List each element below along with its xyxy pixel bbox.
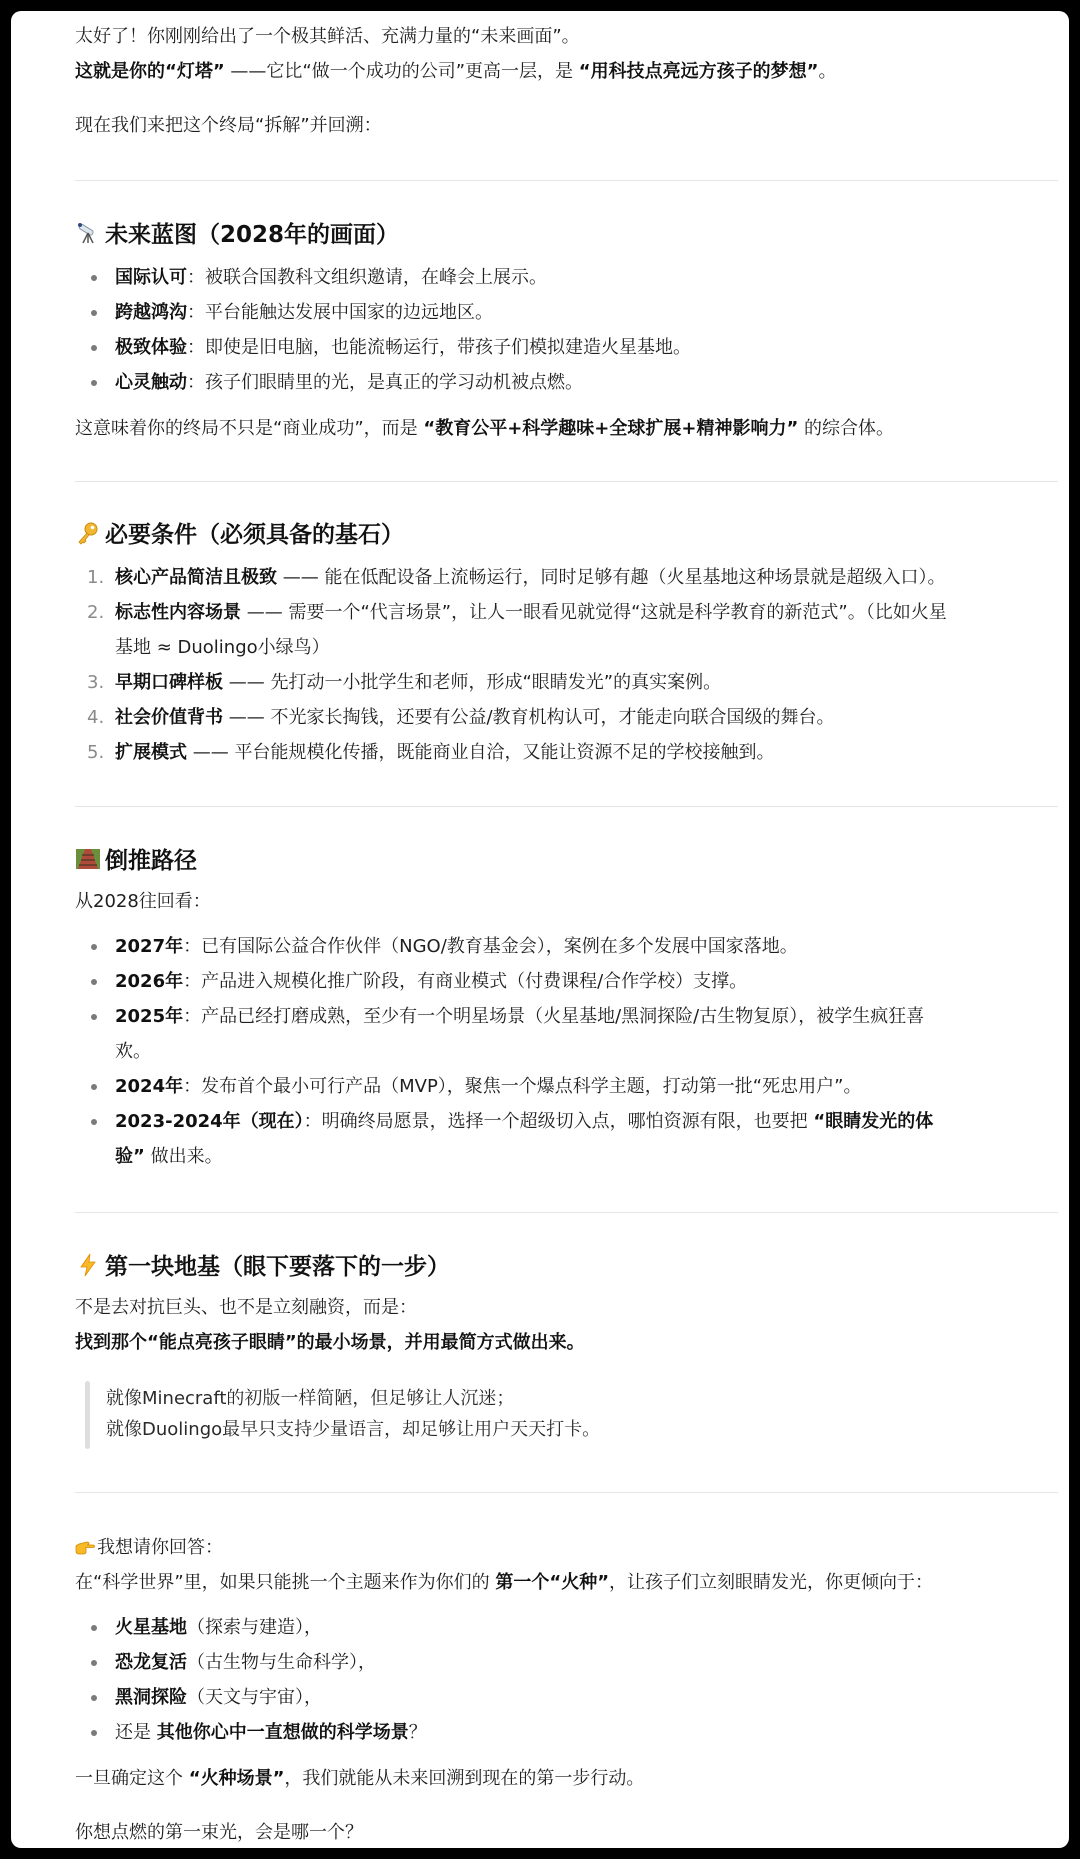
chat-message-card: 太好了！你刚刚给出了一个极其鲜活、充满力量的“未来画面”。 这就是你的“灯塔” …: [11, 11, 1069, 1848]
quote-bar: [85, 1381, 90, 1449]
summary-bold: “教育公平+科学趣味+全球扩展+精神影响力”: [423, 418, 798, 439]
numbered-item: 3. 早期口碑样板 —— 先打动一小批学生和老师，形成“眼睛发光”的真实案例。: [75, 665, 1059, 700]
item-label: 2027年: [115, 936, 183, 957]
pointing-hand-icon: [75, 1534, 97, 1562]
final-question: 你想点燃的第一束光，会是哪一个？: [75, 1819, 363, 1847]
item-text: —— 先打动一小批学生和老师，形成“眼睛发光”的真实案例。: [223, 672, 721, 693]
closing-text-b: ，我们就能从未来回溯到现在的第一步行动。: [284, 1768, 644, 1789]
item-text-continued: 做出来。: [145, 1146, 223, 1167]
bullet: [91, 979, 97, 985]
numbered-item: 1. 核心产品简洁且极致 —— 能在低配设备上流畅运行，同时足够有趣（火星基地这…: [75, 560, 1059, 595]
item-number: 1.: [87, 560, 107, 595]
path-lead: 从2028往回看：: [75, 888, 211, 916]
numbered-item: 2. 标志性内容场景 —— 需要一个“代言场景”，让人一眼看见就觉得“这就是科学…: [75, 595, 1059, 665]
item-bold-continued: 验”: [115, 1146, 145, 1167]
section-title: 未来蓝图（2028年的画面）: [105, 222, 399, 248]
closing-line: 一旦确定这个 “火种场景”，我们就能从未来回溯到现在的第一步行动。: [75, 1765, 644, 1793]
item-text: ：发布首个最小可行产品（MVP），聚焦一个爆点科学主题，打动第一批“死忠用户”。: [183, 1076, 861, 1097]
option-label: 火星基地: [115, 1617, 187, 1638]
item-label: 2026年: [115, 971, 183, 992]
item-text-continued: 基地 ≈ Duolingo小绿鸟）: [115, 630, 1059, 665]
bullet: [91, 1660, 97, 1666]
option-item: 黑洞探险（天文与宇宙），: [75, 1680, 1059, 1715]
quote-line: 就像Duolingo最早只支持少量语言，却足够让用户天天打卡。: [106, 1416, 600, 1444]
bold-statement: 找到那个“能点亮孩子眼睛”的最小场景，并用最简方式做出来。: [75, 1332, 585, 1353]
item-label: 2023-2024年（现在）: [115, 1111, 304, 1132]
divider: [75, 180, 1058, 181]
question-prompt: 我想请你回答：: [75, 1534, 223, 1562]
divider: [75, 481, 1058, 482]
item-label: 极致体验: [115, 337, 187, 358]
item-text: ：产品进入规模化推广阶段，有商业模式（付费课程/合作学校）支撑。: [183, 971, 747, 992]
item-text: ：已有国际公益合作伙伴（NGO/教育基金会），案例在多个发展中国家落地。: [183, 936, 798, 957]
item-text-continued: 欢。: [115, 1034, 1059, 1069]
question-text-b: ，让孩子们立刻眼睛发光，你更倾向于：: [609, 1572, 933, 1593]
item-text: ：产品已经打磨成熟，至少有一个明星场景（火星基地/黑洞探险/古生物复原），被学生…: [183, 1006, 924, 1027]
option-prefix: 还是: [115, 1722, 157, 1743]
section-title: 倒推路径: [105, 848, 197, 874]
first-step-bold-line: 找到那个“能点亮孩子眼睛”的最小场景，并用最简方式做出来。: [75, 1329, 585, 1357]
option-text: （古生物与生命科学），: [187, 1652, 376, 1673]
option-text: ？: [409, 1722, 427, 1743]
section-heading-first-step: 第一块地基（眼下要落下的一步）: [75, 1251, 450, 1283]
bullet: [91, 1695, 97, 1701]
item-label: 跨越鸿沟: [115, 302, 187, 323]
intro-text-3: 现在我们来把这个终局“拆解”并回溯：: [75, 115, 382, 136]
quote-line: 就像Minecraft的初版一样简陋，但足够让人沉迷；: [106, 1385, 514, 1413]
bullet: [91, 1730, 97, 1736]
option-item: 恐龙复活（古生物与生命科学），: [75, 1645, 1059, 1680]
final-text: 你想点燃的第一束光，会是哪一个？: [75, 1822, 363, 1843]
intro-text-2: ——它比“做一个成功的公司”更高一层，是: [225, 61, 579, 82]
item-bold: “眼睛发光的体: [813, 1111, 933, 1132]
option-item: 还是 其他你心中一直想做的科学场景？: [75, 1715, 1059, 1750]
item-label: 核心产品简洁且极致: [115, 567, 277, 588]
list-item: 2027年：已有国际公益合作伙伴（NGO/教育基金会），案例在多个发展中国家落地…: [75, 929, 1059, 964]
item-label: 标志性内容场景: [115, 602, 241, 623]
closing-bold: “火种场景”: [189, 1768, 285, 1789]
item-text: ：明确终局愿景，选择一个超级切入点，哪怕资源有限，也要把: [304, 1111, 814, 1132]
railway-track-icon: [75, 845, 101, 877]
item-label: 社会价值背书: [115, 707, 223, 728]
divider: [75, 1492, 1058, 1493]
lightning-icon: [75, 1251, 101, 1283]
list-item: 国际认可：被联合国教科文组织邀请，在峰会上展示。: [75, 260, 1059, 295]
question-text-a: 在“科学世界”里，如果只能挑一个主题来作为你们的: [75, 1572, 495, 1593]
item-text: ：孩子们眼睛里的光，是真正的学习动机被点燃。: [187, 372, 583, 393]
option-item: 火星基地（探索与建造），: [75, 1610, 1059, 1645]
section-heading-conditions: 必要条件（必须具备的基石）: [75, 519, 404, 551]
list-item: 极致体验：即使是旧电脑，也能流畅运行，带孩子们模拟建造火星基地。: [75, 330, 1059, 365]
item-label: 2024年: [115, 1076, 183, 1097]
bullet: [91, 1084, 97, 1090]
intro-period: 。: [818, 61, 836, 82]
bullet: [91, 944, 97, 950]
bullet: [91, 310, 97, 316]
intro-line-2: 这就是你的“灯塔” ——它比“做一个成功的公司”更高一层，是 “用科技点亮远方孩…: [75, 58, 836, 86]
list-item: 跨越鸿沟：平台能触达发展中国家的边远地区。: [75, 295, 1059, 330]
telescope-icon: [75, 219, 101, 251]
numbered-item: 4. 社会价值背书 —— 不光家长掏钱，还要有公益/教育机构认可，才能走向联合国…: [75, 700, 1059, 735]
item-label: 心灵触动: [115, 372, 187, 393]
bullet: [91, 380, 97, 386]
lighthouse-bold: 这就是你的“灯塔”: [75, 61, 225, 82]
list-item: 2026年：产品进入规模化推广阶段，有商业模式（付费课程/合作学校）支撑。: [75, 964, 1059, 999]
option-text: （探索与建造），: [187, 1617, 322, 1638]
question-bold: 第一个“火种”: [495, 1572, 609, 1593]
item-number: 3.: [87, 665, 107, 700]
item-text: ：平台能触达发展中国家的边远地区。: [187, 302, 493, 323]
key-icon: [75, 519, 101, 551]
item-label: 国际认可: [115, 267, 187, 288]
lead-text: 从2028往回看：: [75, 891, 211, 912]
section-heading-future: 未来蓝图（2028年的画面）: [75, 219, 399, 251]
intro-line-1: 太好了！你刚刚给出了一个极其鲜活、充满力量的“未来画面”。: [75, 23, 580, 51]
list-item: 2024年：发布首个最小可行产品（MVP），聚焦一个爆点科学主题，打动第一批“死…: [75, 1069, 1059, 1104]
numbered-item: 5. 扩展模式 —— 平台能规模化传播，既能商业自洽，又能让资源不足的学校接触到…: [75, 735, 1059, 770]
item-text: —— 平台能规模化传播，既能商业自洽，又能让资源不足的学校接触到。: [187, 742, 774, 763]
option-label: 恐龙复活: [115, 1652, 187, 1673]
closing-text-a: 一旦确定这个: [75, 1768, 189, 1789]
item-label: 2025年: [115, 1006, 183, 1027]
bullet: [91, 1014, 97, 1020]
item-text: ：被联合国教科文组织邀请，在峰会上展示。: [187, 267, 547, 288]
bullet: [91, 1119, 97, 1125]
item-text: ：即使是旧电脑，也能流畅运行，带孩子们模拟建造火星基地。: [187, 337, 691, 358]
bullet: [91, 1625, 97, 1631]
summary-text: 这意味着你的终局不只是“商业成功”，而是: [75, 418, 423, 439]
item-text: —— 能在低配设备上流畅运行，同时足够有趣（火星基地这种场景就是超级入口）。: [277, 567, 945, 588]
option-label: 其他你心中一直想做的科学场景: [157, 1722, 409, 1743]
section-title: 必要条件（必须具备的基石）: [105, 522, 404, 548]
intro-line-3: 现在我们来把这个终局“拆解”并回溯：: [75, 112, 382, 140]
list-item: 2023-2024年（现在）：明确终局愿景，选择一个超级切入点，哪怕资源有限，也…: [75, 1104, 1059, 1174]
item-number: 5.: [87, 735, 107, 770]
bullet: [91, 345, 97, 351]
divider: [75, 1212, 1058, 1213]
item-label: 扩展模式: [115, 742, 187, 763]
item-text: —— 不光家长掏钱，还要有公益/教育机构认可，才能走向联合国级的舞台。: [223, 707, 835, 728]
intro-text-1: 太好了！你刚刚给出了一个极其鲜活、充满力量的“未来画面”。: [75, 26, 580, 47]
summary-text-end: 的综合体。: [798, 418, 894, 439]
item-label: 早期口碑样板: [115, 672, 223, 693]
list-item: 2025年：产品已经打磨成熟，至少有一个明星场景（火星基地/黑洞探险/古生物复原…: [75, 999, 1059, 1069]
item-number: 4.: [87, 700, 107, 735]
lead-text: 不是去对抗巨头、也不是立刻融资，而是：: [75, 1297, 417, 1318]
option-label: 黑洞探险: [115, 1687, 187, 1708]
divider: [75, 806, 1058, 807]
list-item: 心灵触动：孩子们眼睛里的光，是真正的学习动机被点燃。: [75, 365, 1059, 400]
option-text: （天文与宇宙），: [187, 1687, 322, 1708]
section-heading-path: 倒推路径: [75, 845, 197, 877]
item-text: —— 需要一个“代言场景”，让人一眼看见就觉得“这就是科学教育的新范式”。（比如…: [241, 602, 947, 623]
prompt-text: 我想请你回答：: [97, 1537, 223, 1558]
section-title: 第一块地基（眼下要落下的一步）: [105, 1254, 450, 1280]
first-step-lead: 不是去对抗巨头、也不是立刻融资，而是：: [75, 1294, 417, 1322]
future-summary: 这意味着你的终局不只是“商业成功”，而是 “教育公平+科学趣味+全球扩展+精神影…: [75, 415, 894, 443]
question-text: 在“科学世界”里，如果只能挑一个主题来作为你们的 第一个“火种”，让孩子们立刻眼…: [75, 1569, 933, 1597]
dream-bold: “用科技点亮远方孩子的梦想”: [579, 61, 819, 82]
item-number: 2.: [87, 595, 107, 630]
bullet: [91, 275, 97, 281]
